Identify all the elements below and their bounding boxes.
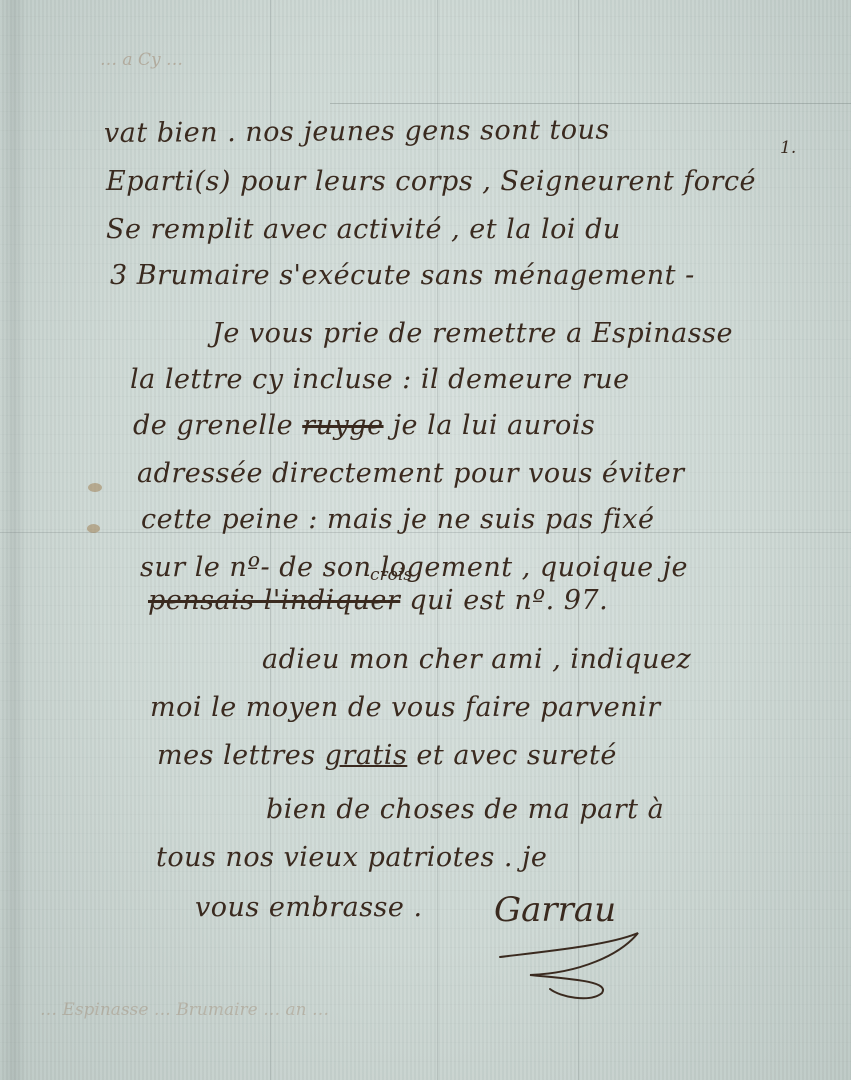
- letter-line: adieu mon cher ami , indiquez: [262, 644, 691, 675]
- letter-line: 3 Brumaire s'exécute sans ménagement -: [110, 260, 695, 291]
- letter-line: vat bien . nos jeunes gens sont tous: [104, 114, 610, 149]
- letter-page: … a Cy … … Espinasse … Brumaire … an … 1…: [0, 0, 851, 1080]
- letter-line: cette peine : mais je ne suis pas fixé: [141, 504, 655, 535]
- page-mark: 1.: [780, 138, 796, 158]
- fold-line: [330, 103, 851, 104]
- line-text: de grenelle: [133, 410, 293, 441]
- line-text: et avec sureté: [416, 740, 616, 771]
- struck-word: ruyge: [302, 410, 383, 441]
- letter-line: adressée directement pour vous éviter: [137, 458, 685, 489]
- letter-line: Je vous prie de remettre a Espinasse: [212, 318, 733, 349]
- underlined-word: gratis: [325, 740, 408, 771]
- ink-stain: [87, 524, 100, 533]
- letter-line: pensais l'indiquer qui est nº. 97.: [148, 585, 608, 616]
- insertion-above-line: crois: [370, 565, 412, 585]
- letter-line: vous embrasse .: [195, 892, 423, 923]
- letter-line: bien de choses de ma part à: [266, 794, 664, 825]
- line-text: je la lui aurois: [393, 410, 596, 441]
- line-text: mes lettres: [157, 740, 316, 771]
- letter-line: moi le moyen de vous faire parvenir: [150, 692, 661, 723]
- letter-line: la lettre cy incluse : il demeure rue: [130, 364, 630, 395]
- signature-flourish: [490, 915, 650, 1005]
- letter-line: Se remplit avec activité , et la loi du: [106, 214, 621, 245]
- letter-line: sur le nº- de son logement , quoique je: [140, 552, 688, 583]
- ink-stain: [88, 483, 102, 492]
- fold-line: [437, 0, 438, 1080]
- bleed-through-text: … Espinasse … Brumaire … an …: [40, 1000, 329, 1020]
- letter-line: de grenelle ruyge je la lui aurois: [133, 410, 595, 441]
- struck-phrase: pensais l'indiquer: [148, 585, 400, 616]
- faded-header: … a Cy …: [100, 50, 183, 70]
- letter-line: tous nos vieux patriotes . je: [156, 842, 547, 873]
- line-text: qui est nº. 97.: [409, 585, 608, 616]
- letter-line: mes lettres gratis et avec sureté: [157, 740, 617, 771]
- letter-line: Eparti(s) pour leurs corps , Seigneurent…: [106, 166, 756, 197]
